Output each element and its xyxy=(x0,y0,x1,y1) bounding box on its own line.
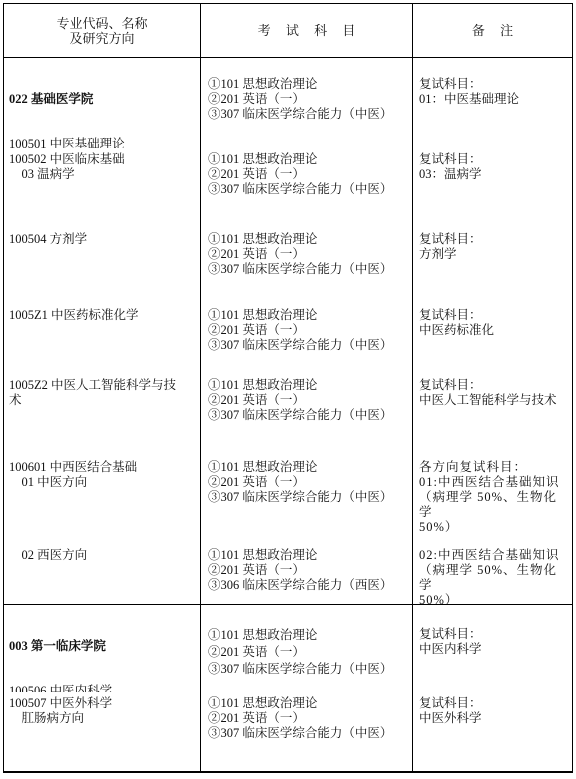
header-major-code: 专业代码、名称及研究方向 xyxy=(4,4,200,57)
text-line: 复试科目： xyxy=(419,627,569,642)
program-cell: 022 基础医学院 100501 中医基础理论 01 中医基础理论 xyxy=(4,58,200,148)
admissions-table: 专业代码、名称及研究方向 考 试 科 目 备 注 022 基础医学院 10050… xyxy=(3,3,573,773)
text-line: ③307 临床医学综合能力（中医） xyxy=(208,107,406,122)
text-line: ①101 思想政治理论 xyxy=(208,308,406,323)
section-003: 003 第一临床学院 100506 中医内科学 包括呼吸、内分泌、心血管、肾内、… xyxy=(4,605,572,771)
text-line: ③306 临床医学综合能力（西医） xyxy=(208,578,406,593)
subjects-cell: ①101 思想政治理论②201 英语（一）③307 临床医学综合能力（中医） xyxy=(200,304,413,374)
notes-cell: 02:中西医结合基础知识（病理学 50%、生物化学50%） xyxy=(413,544,572,604)
text-line: 100502 中医临床基础 xyxy=(9,152,194,167)
notes-cell: 复试科目：中医内科学 xyxy=(413,605,572,692)
table-row-100601-02: 02 西医方向 ①101 思想政治理论②201 英语（一）③306 临床医学综合… xyxy=(4,544,572,604)
notes-cell: 复试科目：中医外科学 xyxy=(413,692,572,771)
header-notes: 备 注 xyxy=(413,4,572,57)
text-line: ②201 英语（一） xyxy=(208,393,406,408)
text-line: 1005Z2 中医人工智能科学与技 xyxy=(9,378,194,393)
text-line: ①101 思想政治理论 xyxy=(208,77,406,92)
table-row-1005Z2: 1005Z2 中医人工智能科学与技术 ①101 思想政治理论②201 英语（一）… xyxy=(4,374,572,456)
text-line: 复试科目： xyxy=(419,378,569,393)
text-line: 复试科目： xyxy=(419,152,569,167)
program-cell: 100504 方剂学 xyxy=(4,228,200,304)
table-row-100502: 100502 中医临床基础 03 温病学 ①101 思想政治理论②201 英语（… xyxy=(4,148,572,228)
text-line: 中医内科学 xyxy=(419,642,569,657)
text-line: ③307 临床医学综合能力（中医） xyxy=(208,338,406,353)
header-notes-label: 备 注 xyxy=(466,23,519,38)
text-line: ③307 临床医学综合能力（中医） xyxy=(208,490,406,505)
text-line: 50%） xyxy=(419,593,569,604)
text-line: 01：中医基础理论 xyxy=(419,92,569,107)
text-line: ②201 英语（一） xyxy=(208,247,406,262)
subjects-cell: ①101 思想政治理论②201 英语（一）③307 临床医学综合能力（中医） xyxy=(200,58,413,148)
text-line: 复试科目： xyxy=(419,308,569,323)
text-line: 中医人工智能科学与技术 xyxy=(419,393,569,408)
text-line: （病理学 50%、生物化学 xyxy=(419,563,569,593)
table-row-100501: 022 基础医学院 100501 中医基础理论 01 中医基础理论 ①101 思… xyxy=(4,58,572,148)
program-cell: 100601 中西医结合基础 01 中医方向 xyxy=(4,456,200,544)
subjects-cell: ①101 思想政治理论②201 英语（一）③307 临床医学综合能力（中医） xyxy=(200,605,413,692)
subjects-cell: ①101 思想政治理论②201 英语（一）③307 临床医学综合能力（中医） xyxy=(200,374,413,456)
text-line: 03 温病学 xyxy=(9,167,194,182)
text-line: ②201 英语（一） xyxy=(208,167,406,182)
text-line: 及研究方向 xyxy=(69,31,134,46)
program-cell: 1005Z1 中医药标准化学 xyxy=(4,304,200,374)
text-line: ③307 临床医学综合能力（中医） xyxy=(208,661,406,678)
text-line: 复试科目： xyxy=(419,232,569,247)
text-line: ①101 思想政治理论 xyxy=(208,152,406,167)
text-line: 中医外科学 xyxy=(419,711,569,726)
subjects-cell: ①101 思想政治理论②201 英语（一）③306 临床医学综合能力（西医） xyxy=(200,544,413,604)
program-cell: 003 第一临床学院 100506 中医内科学 包括呼吸、内分泌、心血管、肾内、… xyxy=(4,605,200,692)
notes-cell: 复试科目：03：温病学 xyxy=(413,148,572,228)
text-line: ②201 英语（一） xyxy=(208,92,406,107)
text-line: ②201 英语（一） xyxy=(208,711,406,726)
text-line: 03：温病学 xyxy=(419,167,569,182)
text-line: ①101 思想政治理论 xyxy=(208,232,406,247)
text-line: ③307 临床医学综合能力（中医） xyxy=(208,262,406,277)
program-cell: 02 西医方向 xyxy=(4,544,200,604)
text-line: 复试科目： xyxy=(419,696,569,711)
header-exam-subjects-label: 考 试 科 目 xyxy=(252,23,362,38)
program-lines: 100501 中医基础理论 01 中医基础理论 xyxy=(9,137,194,148)
text-line: ③307 临床医学综合能力（中医） xyxy=(208,408,406,423)
text-line: 01:中西医结合基础知识 xyxy=(419,475,569,490)
program-cell: 100507 中医外科学 肛肠病方向 xyxy=(4,692,200,771)
program-cell: 100502 中医临床基础 03 温病学 xyxy=(4,148,200,228)
document-page: 专业代码、名称及研究方向 考 试 科 目 备 注 022 基础医学院 10050… xyxy=(0,0,576,779)
text-line: 100507 中医外科学 xyxy=(9,696,194,711)
table-row-1005Z1: 1005Z1 中医药标准化学 ①101 思想政治理论②201 英语（一）③307… xyxy=(4,304,572,374)
section-title-003: 003 第一临床学院 xyxy=(9,639,194,654)
text-line: 01 中医方向 xyxy=(9,475,194,490)
text-line: ②201 英语（一） xyxy=(208,644,406,661)
text-line: 02 西医方向 xyxy=(9,548,194,563)
text-line: ①101 思想政治理论 xyxy=(208,696,406,711)
text-line: ①101 思想政治理论 xyxy=(208,548,406,563)
notes-cell: 复试科目：01：中医基础理论 xyxy=(413,58,572,148)
text-line: ③307 临床医学综合能力（中医） xyxy=(208,182,406,197)
subjects-cell: ①101 思想政治理论②201 英语（一）③307 临床医学综合能力（中医） xyxy=(200,148,413,228)
text-line: 02:中西医结合基础知识 xyxy=(419,548,569,563)
notes-cell: 复试科目：中医人工智能科学与技术 xyxy=(413,374,572,456)
notes-cell: 各方向复试科目：01:中西医结合基础知识（病理学 50%、生物化学50%） xyxy=(413,456,572,544)
text-line: 肛肠病方向 xyxy=(9,711,194,726)
text-line: 100506 中医内科学 xyxy=(9,684,194,692)
text-line: ③307 临床医学综合能力（中医） xyxy=(208,726,406,741)
text-line: 100501 中医基础理论 xyxy=(9,137,194,148)
text-line: ①101 思想政治理论 xyxy=(208,460,406,475)
subjects-cell: ①101 思想政治理论②201 英语（一）③307 临床医学综合能力（中医） xyxy=(200,228,413,304)
text-line: 50%） xyxy=(419,520,569,535)
table-header-row: 专业代码、名称及研究方向 考 试 科 目 备 注 xyxy=(4,4,572,58)
text-line: 方剂学 xyxy=(419,247,569,262)
text-line: 1005Z1 中医药标准化学 xyxy=(9,308,194,323)
section-022: 022 基础医学院 100501 中医基础理论 01 中医基础理论 ①101 思… xyxy=(4,58,572,605)
text-line: ①101 思想政治理论 xyxy=(208,627,406,644)
program-lines: 100506 中医内科学 包括呼吸、内分泌、心血管、肾内、肿瘤、风湿免疫等方向 xyxy=(9,684,194,692)
header-exam-subjects: 考 试 科 目 xyxy=(200,4,413,57)
text-line: 100601 中西医结合基础 xyxy=(9,460,194,475)
table-row-100506: 003 第一临床学院 100506 中医内科学 包括呼吸、内分泌、心血管、肾内、… xyxy=(4,605,572,692)
table-row-100504: 100504 方剂学 ①101 思想政治理论②201 英语（一）③307 临床医… xyxy=(4,228,572,304)
text-line: 术 xyxy=(9,393,194,408)
text-line: ①101 思想政治理论 xyxy=(208,378,406,393)
table-row-100601-01: 100601 中西医结合基础 01 中医方向 ①101 思想政治理论②201 英… xyxy=(4,456,572,544)
notes-cell: 复试科目：方剂学 xyxy=(413,228,572,304)
text-line: ②201 英语（一） xyxy=(208,475,406,490)
subjects-cell: ①101 思想政治理论②201 英语（一）③307 临床医学综合能力（中医） xyxy=(200,456,413,544)
text-line: ②201 英语（一） xyxy=(208,563,406,578)
text-line: 复试科目： xyxy=(419,77,569,92)
text-line: （病理学 50%、生物化学 xyxy=(419,490,569,520)
section-title-022: 022 基础医学院 xyxy=(9,92,194,107)
table-row-100507: 100507 中医外科学 肛肠病方向 ①101 思想政治理论②201 英语（一）… xyxy=(4,692,572,771)
text-line: 100504 方剂学 xyxy=(9,232,194,247)
text-line: 专业代码、名称 xyxy=(56,16,147,31)
program-cell: 1005Z2 中医人工智能科学与技术 xyxy=(4,374,200,456)
text-line: 各方向复试科目： xyxy=(419,460,569,475)
text-line: 中医药标准化 xyxy=(419,323,569,338)
text-line: ②201 英语（一） xyxy=(208,323,406,338)
notes-cell: 复试科目：中医药标准化 xyxy=(413,304,572,374)
subjects-cell: ①101 思想政治理论②201 英语（一）③307 临床医学综合能力（中医） xyxy=(200,692,413,771)
